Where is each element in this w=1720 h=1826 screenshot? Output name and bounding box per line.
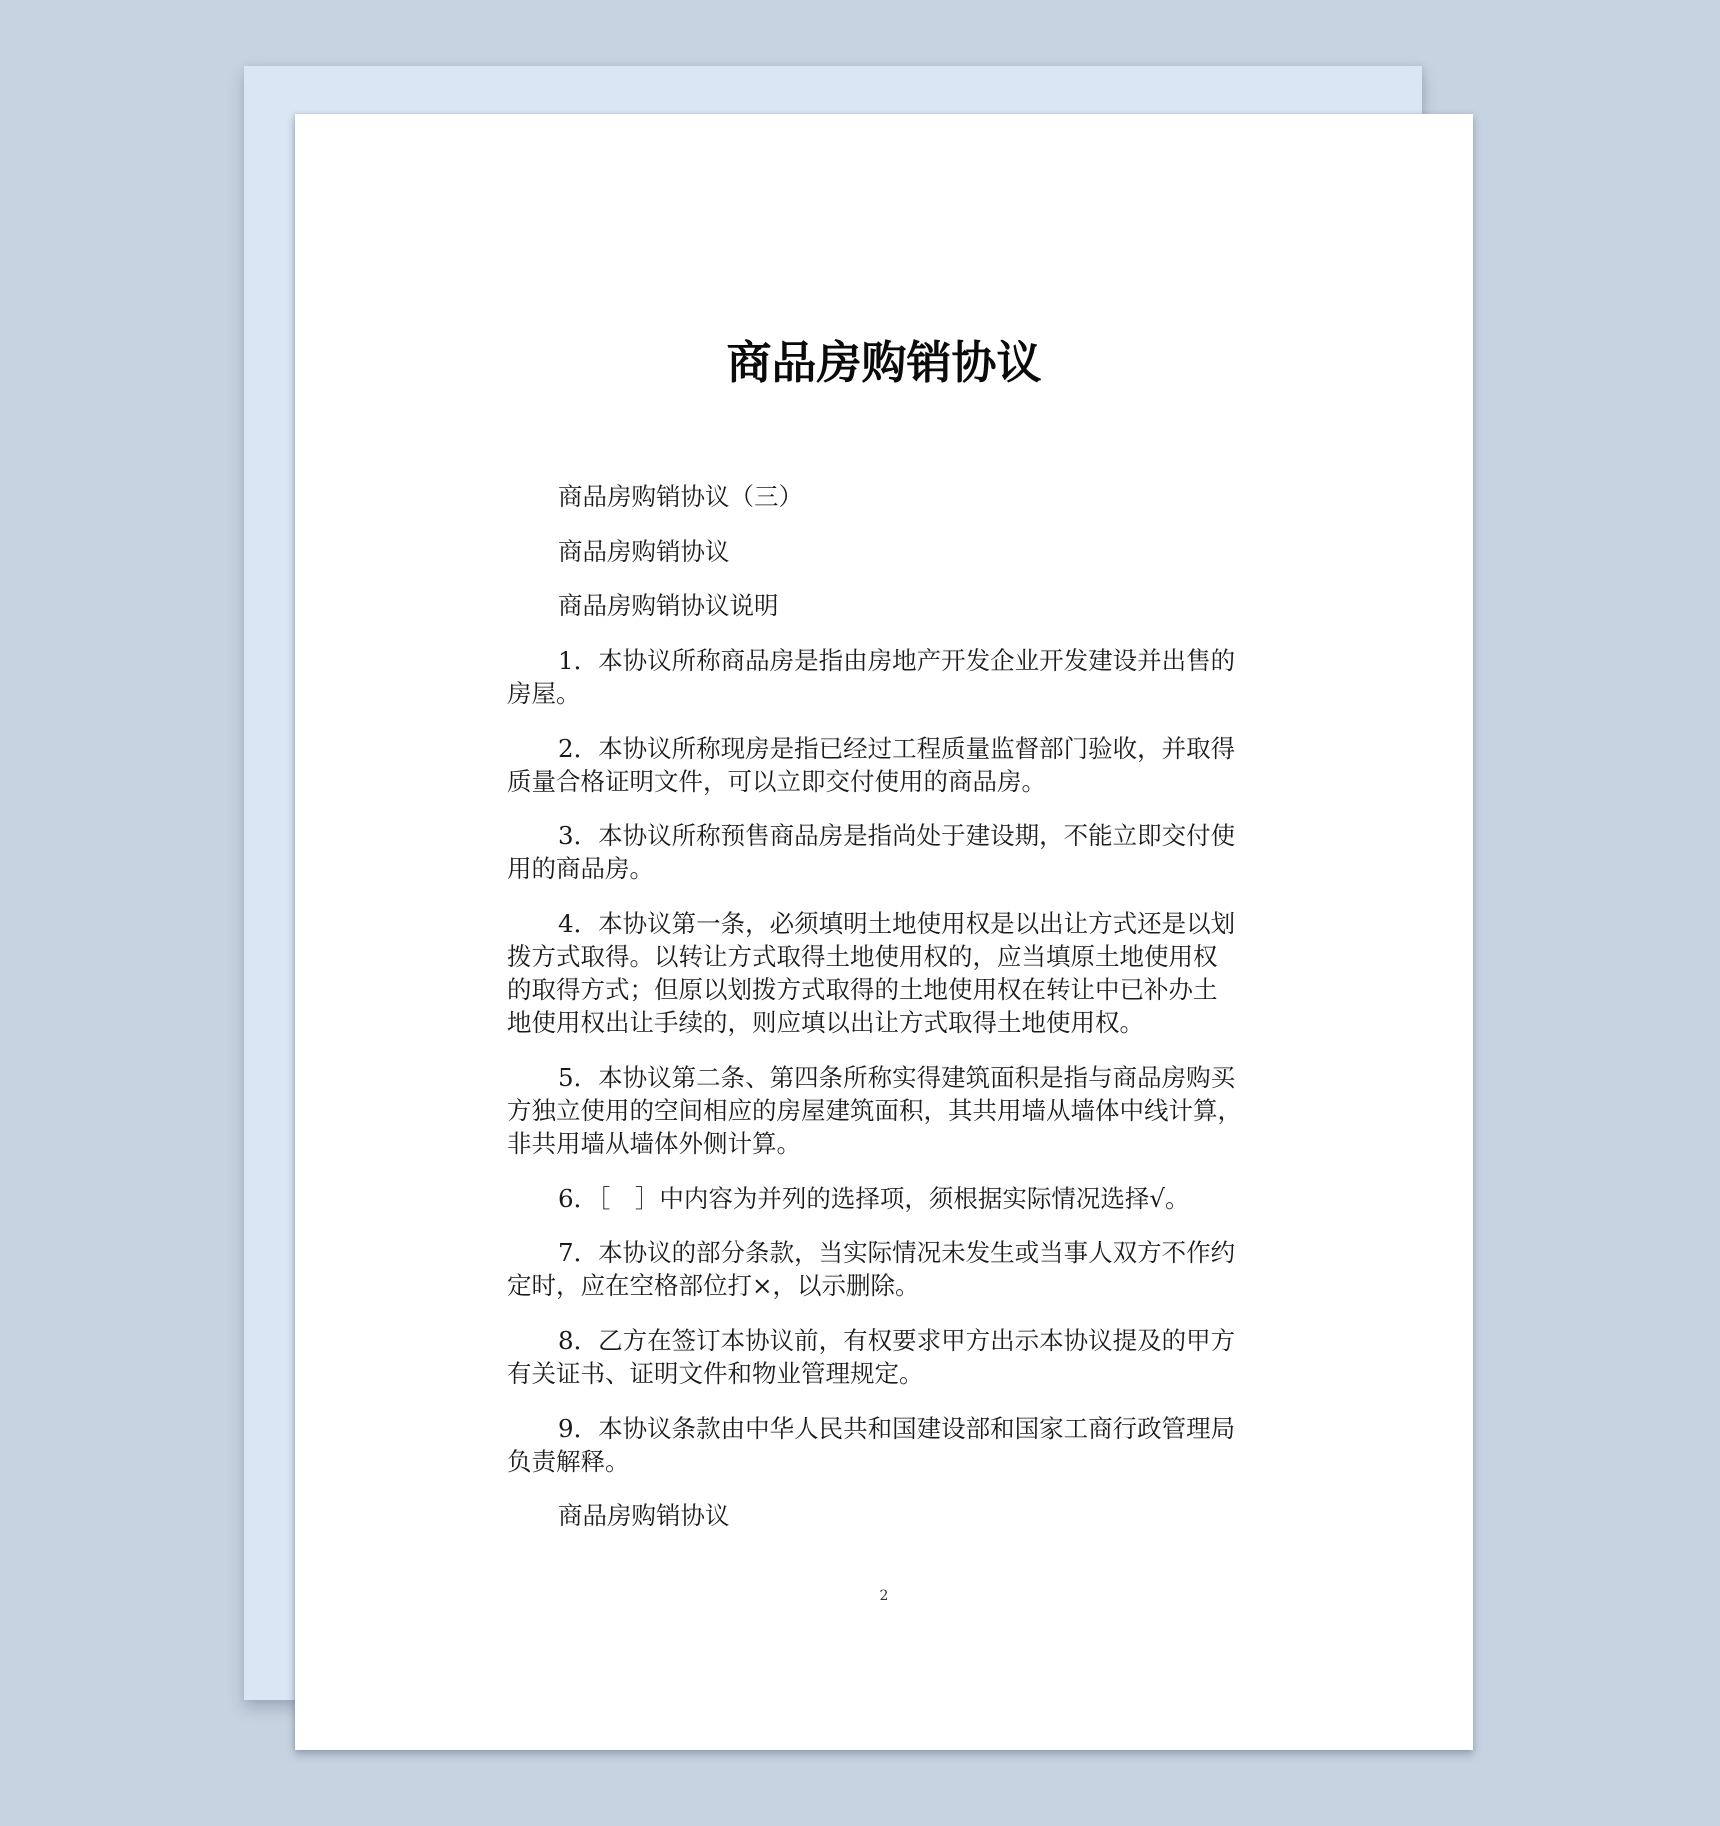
- paragraph-line: 拨方式取得。以转让方式取得土地使用权的，应当填原土地使用权: [507, 940, 1252, 973]
- paragraph-line: 商品房购销协议（三）: [507, 480, 1252, 513]
- paragraph-line: 4．本协议第一条，必须填明土地使用权是以出让方式还是以划: [507, 907, 1252, 940]
- paragraph-line: 9．本协议条款由中华人民共和国建设部和国家工商行政管理局: [507, 1412, 1252, 1445]
- paragraph-line: 1．本协议所称商品房是指由房地产开发企业开发建设并出售的: [507, 644, 1252, 677]
- clause-1: 1．本协议所称商品房是指由房地产开发企业开发建设并出售的 房屋。: [507, 644, 1252, 710]
- paragraph-line: 商品房购销协议: [507, 1499, 1252, 1532]
- paragraph-line: 房屋。: [507, 677, 1252, 710]
- paragraph-line: 7．本协议的部分条款，当实际情况未发生或当事人双方不作约: [507, 1236, 1252, 1269]
- clause-3: 3．本协议所称预售商品房是指尚处于建设期，不能立即交付使 用的商品房。: [507, 819, 1252, 885]
- paragraph-line: 5．本协议第二条、第四条所称实得建筑面积是指与商品房购买: [507, 1061, 1252, 1094]
- paragraph-subtitle: 商品房购销协议: [507, 535, 1252, 568]
- document-body: 商品房购销协议（三） 商品房购销协议 商品房购销协议说明 1．本协议所称商品房是…: [507, 480, 1252, 1554]
- page-number: 2: [295, 1588, 1473, 1604]
- paragraph-line: 非共用墙从墙体外侧计算。: [507, 1127, 1252, 1160]
- clause-8: 8．乙方在签订本协议前，有权要求甲方出示本协议提及的甲方 有关证书、证明文件和物…: [507, 1324, 1252, 1390]
- paragraph-line: 3．本协议所称预售商品房是指尚处于建设期，不能立即交付使: [507, 819, 1252, 852]
- paragraph-subtitle-3: 商品房购销协议（三）: [507, 480, 1252, 513]
- paragraph-line: 质量合格证明文件，可以立即交付使用的商品房。: [507, 765, 1252, 798]
- paragraph-closing-heading: 商品房购销协议: [507, 1499, 1252, 1532]
- clause-7: 7．本协议的部分条款，当实际情况未发生或当事人双方不作约 定时，应在空格部位打×…: [507, 1236, 1252, 1302]
- document-title: 商品房购销协议: [295, 336, 1473, 390]
- paragraph-line: 方独立使用的空间相应的房屋建筑面积，其共用墙从墙体中线计算，: [507, 1094, 1252, 1127]
- paragraph-line: 2．本协议所称现房是指已经过工程质量监督部门验收，并取得: [507, 732, 1252, 765]
- paragraph-line: 商品房购销协议: [507, 535, 1252, 568]
- clause-9: 9．本协议条款由中华人民共和国建设部和国家工商行政管理局 负责解释。: [507, 1412, 1252, 1478]
- clause-4: 4．本协议第一条，必须填明土地使用权是以出让方式还是以划 拨方式取得。以转让方式…: [507, 907, 1252, 1039]
- paragraph-line: 8．乙方在签订本协议前，有权要求甲方出示本协议提及的甲方: [507, 1324, 1252, 1357]
- clause-5: 5．本协议第二条、第四条所称实得建筑面积是指与商品房购买 方独立使用的空间相应的…: [507, 1061, 1252, 1160]
- paragraph-line: 6．［ ］中内容为并列的选择项，须根据实际情况选择√。: [507, 1182, 1252, 1215]
- paragraph-line: 用的商品房。: [507, 852, 1252, 885]
- clause-6: 6．［ ］中内容为并列的选择项，须根据实际情况选择√。: [507, 1182, 1252, 1215]
- paragraph-line: 负责解释。: [507, 1445, 1252, 1478]
- paragraph-line: 有关证书、证明文件和物业管理规定。: [507, 1357, 1252, 1390]
- paragraph-line: 的取得方式；但原以划拨方式取得的土地使用权在转让中已补办土: [507, 973, 1252, 1006]
- paragraph-line: 地使用权出让手续的，则应填以出让方式取得土地使用权。: [507, 1006, 1252, 1039]
- document-page: 商品房购销协议 商品房购销协议（三） 商品房购销协议 商品房购销协议说明 1．本…: [295, 114, 1473, 1750]
- paragraph-line: 定时，应在空格部位打×，以示删除。: [507, 1269, 1252, 1302]
- paragraph-line: 商品房购销协议说明: [507, 589, 1252, 622]
- clause-2: 2．本协议所称现房是指已经过工程质量监督部门验收，并取得 质量合格证明文件，可以…: [507, 732, 1252, 798]
- paragraph-explanation-heading: 商品房购销协议说明: [507, 589, 1252, 622]
